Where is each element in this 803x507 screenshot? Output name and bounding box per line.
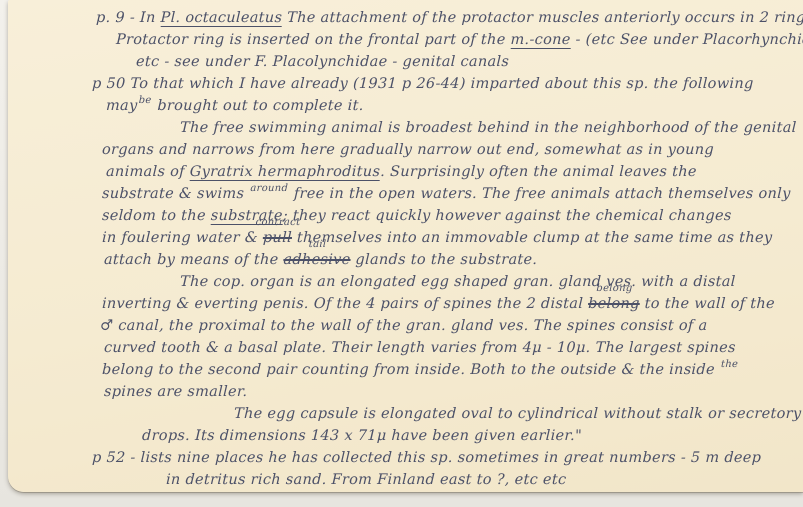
corrected-word: belongbelong [588, 293, 640, 315]
note-line: ♂ canal, the proximal to the wall of the… [100, 315, 803, 337]
note-line: p. 9 - In Pl. octaculeatus The attachmen… [96, 7, 803, 29]
note-line: inverting & everting penis. Of the 4 pai… [102, 293, 803, 315]
underlined-text: m.-cone [510, 32, 571, 49]
note-text: seldom to the [102, 208, 211, 224]
note-text: belong to the second pair counting from … [102, 362, 720, 378]
note-text: in detritus rich sand. From Finland east… [166, 472, 567, 488]
inserted-word: be [138, 95, 153, 106]
struck-word: belong [588, 296, 640, 312]
note-line: p 52 - lists nine places he has collecte… [92, 447, 803, 469]
inserted-word: belong [596, 284, 633, 294]
note-text: The cop. organ is an elongated egg shape… [180, 274, 736, 290]
inserted-word: the [720, 359, 740, 370]
note-line: attach by means of the tailadhesive glan… [104, 249, 803, 271]
note-text: in foulering water & [102, 230, 263, 246]
note-line: The cop. organ is an elongated egg shape… [180, 271, 803, 293]
note-text: animals of [106, 164, 190, 180]
note-text: The egg capsule is elongated oval to cyl… [234, 406, 802, 422]
note-line: etc - see under F. Placolynchidae - geni… [136, 51, 803, 73]
struck-word: adhesive [283, 252, 351, 268]
note-line: The egg capsule is elongated oval to cyl… [234, 403, 803, 425]
note-line: maybe brought out to complete it. [106, 95, 803, 117]
note-text: may [106, 98, 138, 114]
corrected-word: tailadhesive [283, 249, 351, 271]
note-text: - (etc See under Placorhynchidae) [570, 32, 803, 48]
inserted-word: around [249, 183, 289, 194]
note-text: Protactor ring is inserted on the fronta… [116, 32, 511, 48]
note-text: curved tooth & a basal plate. Their leng… [104, 340, 736, 356]
index-card: p. 9 - In Pl. octaculeatus The attachmen… [8, 0, 803, 492]
note-text: drops. Its dimensions 143 x 71μ have bee… [142, 428, 583, 444]
struck-word: pull [263, 230, 293, 246]
note-text: ; they react quickly however against the… [283, 208, 732, 224]
note-line: curved tooth & a basal plate. Their leng… [104, 337, 803, 359]
note-text: brought out to complete it. [152, 98, 364, 114]
note-text: organs and narrows from here gradually n… [102, 142, 715, 158]
note-line: p 50 To that which I have already (1931 … [92, 73, 803, 95]
note-line: organs and narrows from here gradually n… [102, 139, 803, 161]
note-text: etc - see under F. Placolynchidae - geni… [136, 54, 510, 70]
note-text: p. 9 - In [96, 10, 161, 26]
note-text: p 52 - lists nine places he has collecte… [92, 450, 762, 466]
note-text: substrate & swims [102, 186, 250, 202]
note-text: inverting & everting penis. Of the 4 pai… [102, 296, 589, 312]
note-text: p 50 To that which I have already (1931 … [92, 76, 754, 92]
handwritten-note-body: p. 9 - In Pl. octaculeatus The attachmen… [8, 7, 803, 491]
note-text: The free swimming animal is broadest beh… [180, 120, 797, 136]
note-text: glands to the substrate. [350, 252, 537, 268]
note-text: ♂ canal, the proximal to the wall of the… [100, 318, 708, 334]
note-text: spines are smaller. [104, 384, 248, 400]
note-line: substrate & swims around free in the ope… [102, 183, 803, 205]
note-line: The free swimming animal is broadest beh… [180, 117, 803, 139]
note-text: attach by means of the [104, 252, 284, 268]
corrected-word: contractpull [262, 227, 292, 249]
note-text: . Surprisingly often the animal leaves t… [380, 164, 697, 180]
note-text: free in the open waters. The free animal… [289, 186, 791, 202]
note-line: belong to the second pair counting from … [102, 359, 803, 381]
note-line: drops. Its dimensions 143 x 71μ have bee… [142, 425, 803, 447]
note-line: Protactor ring is inserted on the fronta… [116, 29, 803, 51]
note-line: animals of Gyratrix hermaphroditus. Surp… [106, 161, 803, 183]
note-text: The attachment of the protactor muscles … [282, 10, 803, 26]
inserted-word: contract [255, 218, 300, 228]
underlined-text: Gyratrix hermaphroditus [189, 164, 380, 181]
note-text: to the wall of the [639, 296, 775, 312]
note-line: spines are smaller. [104, 381, 803, 403]
note-line: seldom to the substrate; they react quic… [102, 205, 803, 227]
inserted-word: tail [309, 240, 327, 250]
note-line: in detritus rich sand. From Finland east… [166, 469, 803, 491]
underlined-text: Pl. octaculeatus [160, 10, 282, 27]
note-line: in foulering water & contractpull themse… [102, 227, 803, 249]
note-text: themselves into an immovable clump at th… [292, 230, 773, 246]
